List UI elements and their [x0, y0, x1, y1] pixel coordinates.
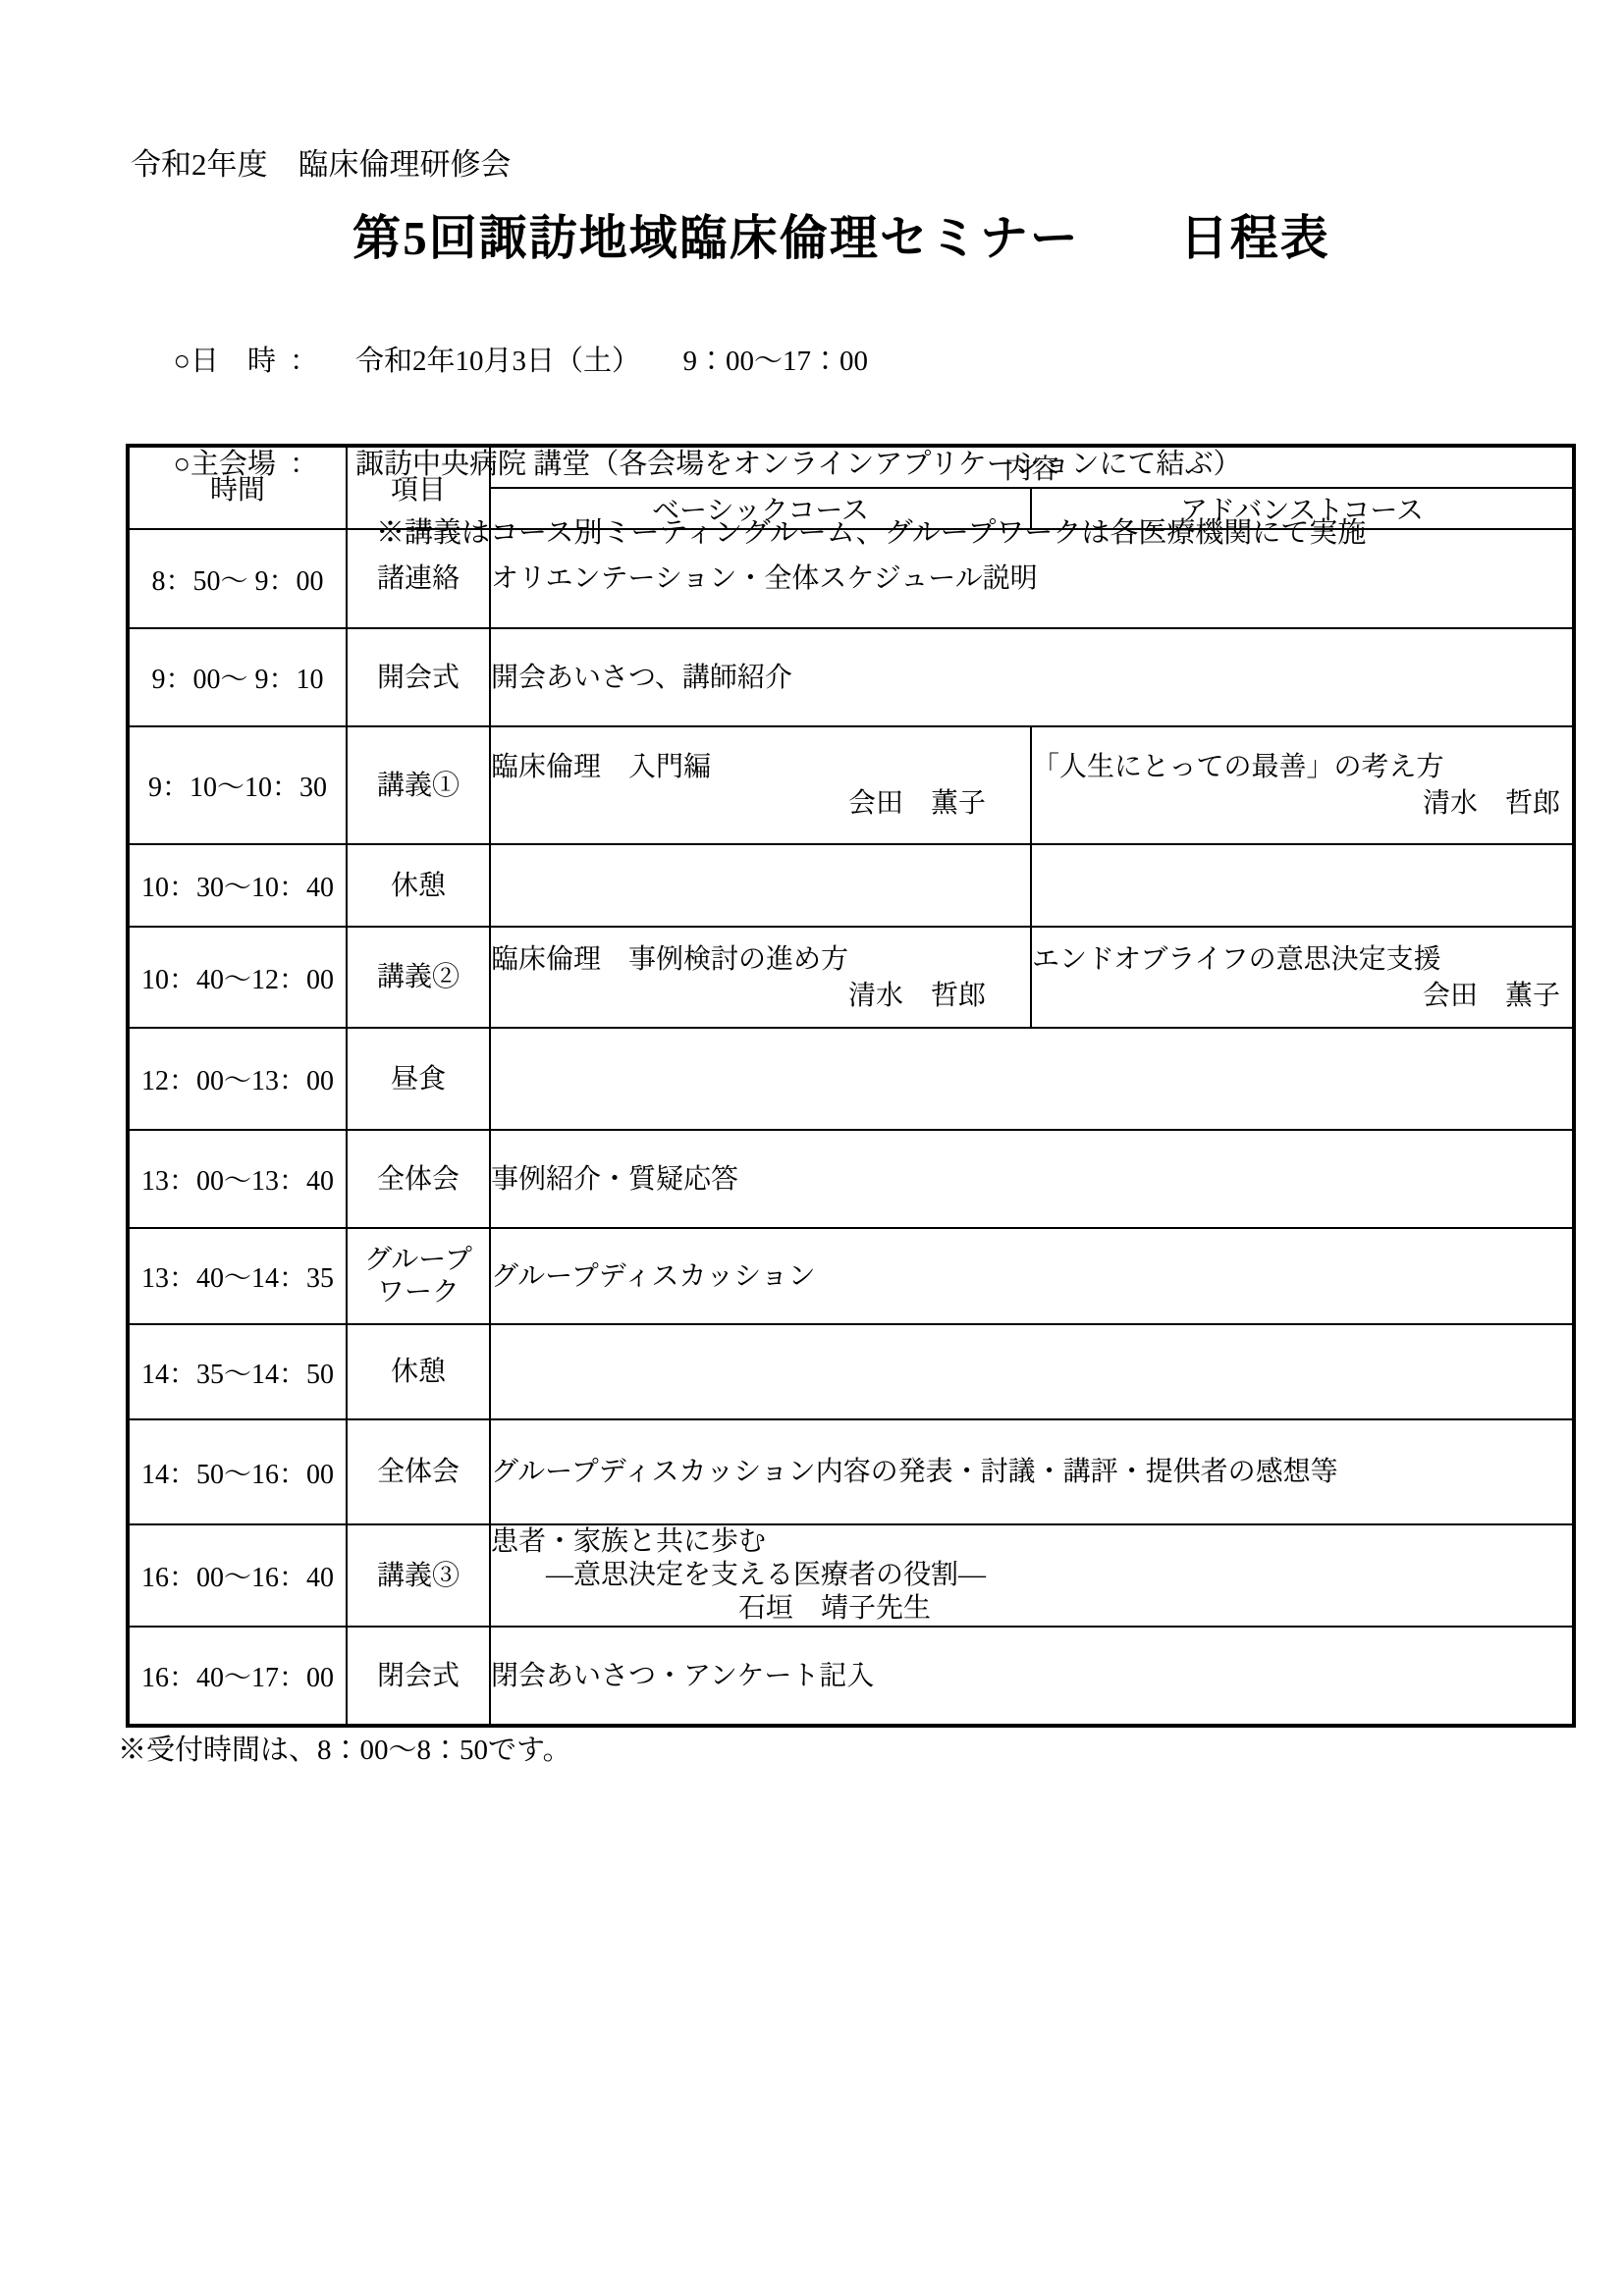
time-cell: 10：30～10：40	[128, 844, 347, 927]
info-date-line: ○日 時：令和2年10月3日（土） 9：00～17：00	[131, 310, 1366, 413]
reception-time-note: ※受付時間は、8：00～8：50です。	[118, 1728, 571, 1768]
time-cell: 16：40～17：00	[128, 1627, 347, 1726]
item-cell: 講義①	[347, 726, 490, 844]
date-value: 令和2年10月3日（土） 9：00～17：00	[355, 346, 868, 377]
basic-content-cell: 臨床倫理 入門編 会田 薫子	[490, 726, 1031, 844]
item-cell: 全体会	[347, 1130, 490, 1228]
schedule-row-groupwork: 13：40～14：35 グループ ワーク グループディスカッション	[128, 1228, 1574, 1324]
time-cell: 14：50～16：00	[128, 1419, 347, 1524]
date-separator: ：	[290, 345, 318, 379]
schedule-row-break2: 14：35～14：50 休憩	[128, 1324, 1574, 1419]
advanced-content-cell: 「人生にとっての最善」の考え方 清水 哲郎	[1031, 726, 1574, 844]
page-title: 第5回諏訪地域臨床倫理セミナー 日程表	[0, 200, 1624, 269]
time-cell: 13：00～13：40	[128, 1130, 347, 1228]
schedule-row-lunch: 12：00～13：00 昼食	[128, 1028, 1574, 1130]
item-cell: 閉会式	[347, 1627, 490, 1726]
item-cell: 開会式	[347, 628, 490, 726]
time-cell: 10：40～12：00	[128, 927, 347, 1028]
speaker-name: 石垣 靖子先生	[491, 1592, 1572, 1626]
lecture-title-line1: 患者・家族と共に歩む	[491, 1525, 1572, 1559]
speaker-name: 清水 哲郎	[1032, 785, 1572, 822]
schedule-row-break1: 10：30～10：40 休憩	[128, 844, 1574, 927]
time-cell: 16：00～16：40	[128, 1524, 347, 1627]
item-cell: 全体会	[347, 1419, 490, 1524]
time-cell: 9：10～10：30	[128, 726, 347, 844]
item-cell: 休憩	[347, 844, 490, 927]
basic-content-cell: 臨床倫理 事例検討の進め方 清水 哲郎	[490, 927, 1031, 1028]
col-header-content: 内容	[490, 446, 1574, 488]
content-cell: オリエンテーション・全体スケジュール説明	[490, 529, 1574, 628]
schedule-row-orientation: 8：50～ 9：00 諸連絡 オリエンテーション・全体スケジュール説明	[128, 529, 1574, 628]
col-header-time: 時間	[128, 446, 347, 529]
time-cell: 13：40～14：35	[128, 1228, 347, 1324]
content-cell: グループディスカッション	[490, 1228, 1574, 1324]
content-cell: 事例紹介・質疑応答	[490, 1130, 1574, 1228]
header-row-top: 時間 項目 内容	[128, 446, 1574, 488]
lecture-title-line2: ―意思決定を支える医療者の役割―	[491, 1559, 1572, 1592]
schedule-row-plenary2: 14：50～16：00 全体会 グループディスカッション内容の発表・討議・講評・…	[128, 1419, 1574, 1524]
schedule-row-opening: 9：00～ 9：10 開会式 開会あいさつ、講師紹介	[128, 628, 1574, 726]
content-cell-empty	[490, 1028, 1574, 1130]
lecture-title: エンドオブライフの意思決定支援	[1032, 941, 1572, 978]
schedule-row-lecture2: 10：40～12：00 講義② 臨床倫理 事例検討の進め方 清水 哲郎 エンドオ…	[128, 927, 1574, 1028]
schedule-row-lecture1: 9：10～10：30 講義① 臨床倫理 入門編 会田 薫子 「人生にとっての最善…	[128, 726, 1574, 844]
item-cell: グループ ワーク	[347, 1228, 490, 1324]
col-header-advanced-course: アドバンストコース	[1031, 488, 1574, 529]
time-cell: 9：00～ 9：10	[128, 628, 347, 726]
speaker-name: 会田 薫子	[491, 785, 1030, 822]
content-cell-empty	[490, 1324, 1574, 1419]
time-cell: 12：00～13：00	[128, 1028, 347, 1130]
date-label: ○日 時	[174, 345, 277, 379]
speaker-name: 清水 哲郎	[491, 978, 1030, 1014]
content-cell: グループディスカッション内容の発表・討議・講評・提供者の感想等	[490, 1419, 1574, 1524]
schedule-row-closing: 16：40～17：00 閉会式 閉会あいさつ・アンケート記入	[128, 1627, 1574, 1726]
time-cell: 14：35～14：50	[128, 1324, 347, 1419]
item-cell: 休憩	[347, 1324, 490, 1419]
schedule-table: 時間 項目 内容 ベーシックコース アドバンストコース 8：50～ 9：00 諸…	[126, 444, 1576, 1728]
content-cell: 開会あいさつ、講師紹介	[490, 628, 1574, 726]
item-cell: 昼食	[347, 1028, 490, 1130]
col-header-item: 項目	[347, 446, 490, 529]
content-cell: 閉会あいさつ・アンケート記入	[490, 1627, 1574, 1726]
item-cell: 講義③	[347, 1524, 490, 1627]
advanced-content-cell-empty	[1031, 844, 1574, 927]
schedule-row-lecture3: 16：00～16：40 講義③ 患者・家族と共に歩む ―意思決定を支える医療者の…	[128, 1524, 1574, 1627]
program-year-line: 令和2年度 臨床倫理研修会	[131, 139, 512, 184]
document-page: 令和2年度 臨床倫理研修会 第5回諏訪地域臨床倫理セミナー 日程表 ○日 時：令…	[0, 0, 1624, 2296]
lecture-title: 臨床倫理 入門編	[491, 749, 1030, 785]
lecture-title: 臨床倫理 事例検討の進め方	[491, 941, 1030, 978]
content-cell: 患者・家族と共に歩む ―意思決定を支える医療者の役割― 石垣 靖子先生	[490, 1524, 1574, 1627]
speaker-name: 会田 薫子	[1032, 978, 1572, 1014]
item-cell: 諸連絡	[347, 529, 490, 628]
col-header-basic-course: ベーシックコース	[490, 488, 1031, 529]
time-cell: 8：50～ 9：00	[128, 529, 347, 628]
schedule-row-plenary1: 13：00～13：40 全体会 事例紹介・質疑応答	[128, 1130, 1574, 1228]
advanced-content-cell: エンドオブライフの意思決定支援 会田 薫子	[1031, 927, 1574, 1028]
lecture-title: 「人生にとっての最善」の考え方	[1032, 749, 1572, 785]
basic-content-cell-empty	[490, 844, 1031, 927]
item-cell: 講義②	[347, 927, 490, 1028]
